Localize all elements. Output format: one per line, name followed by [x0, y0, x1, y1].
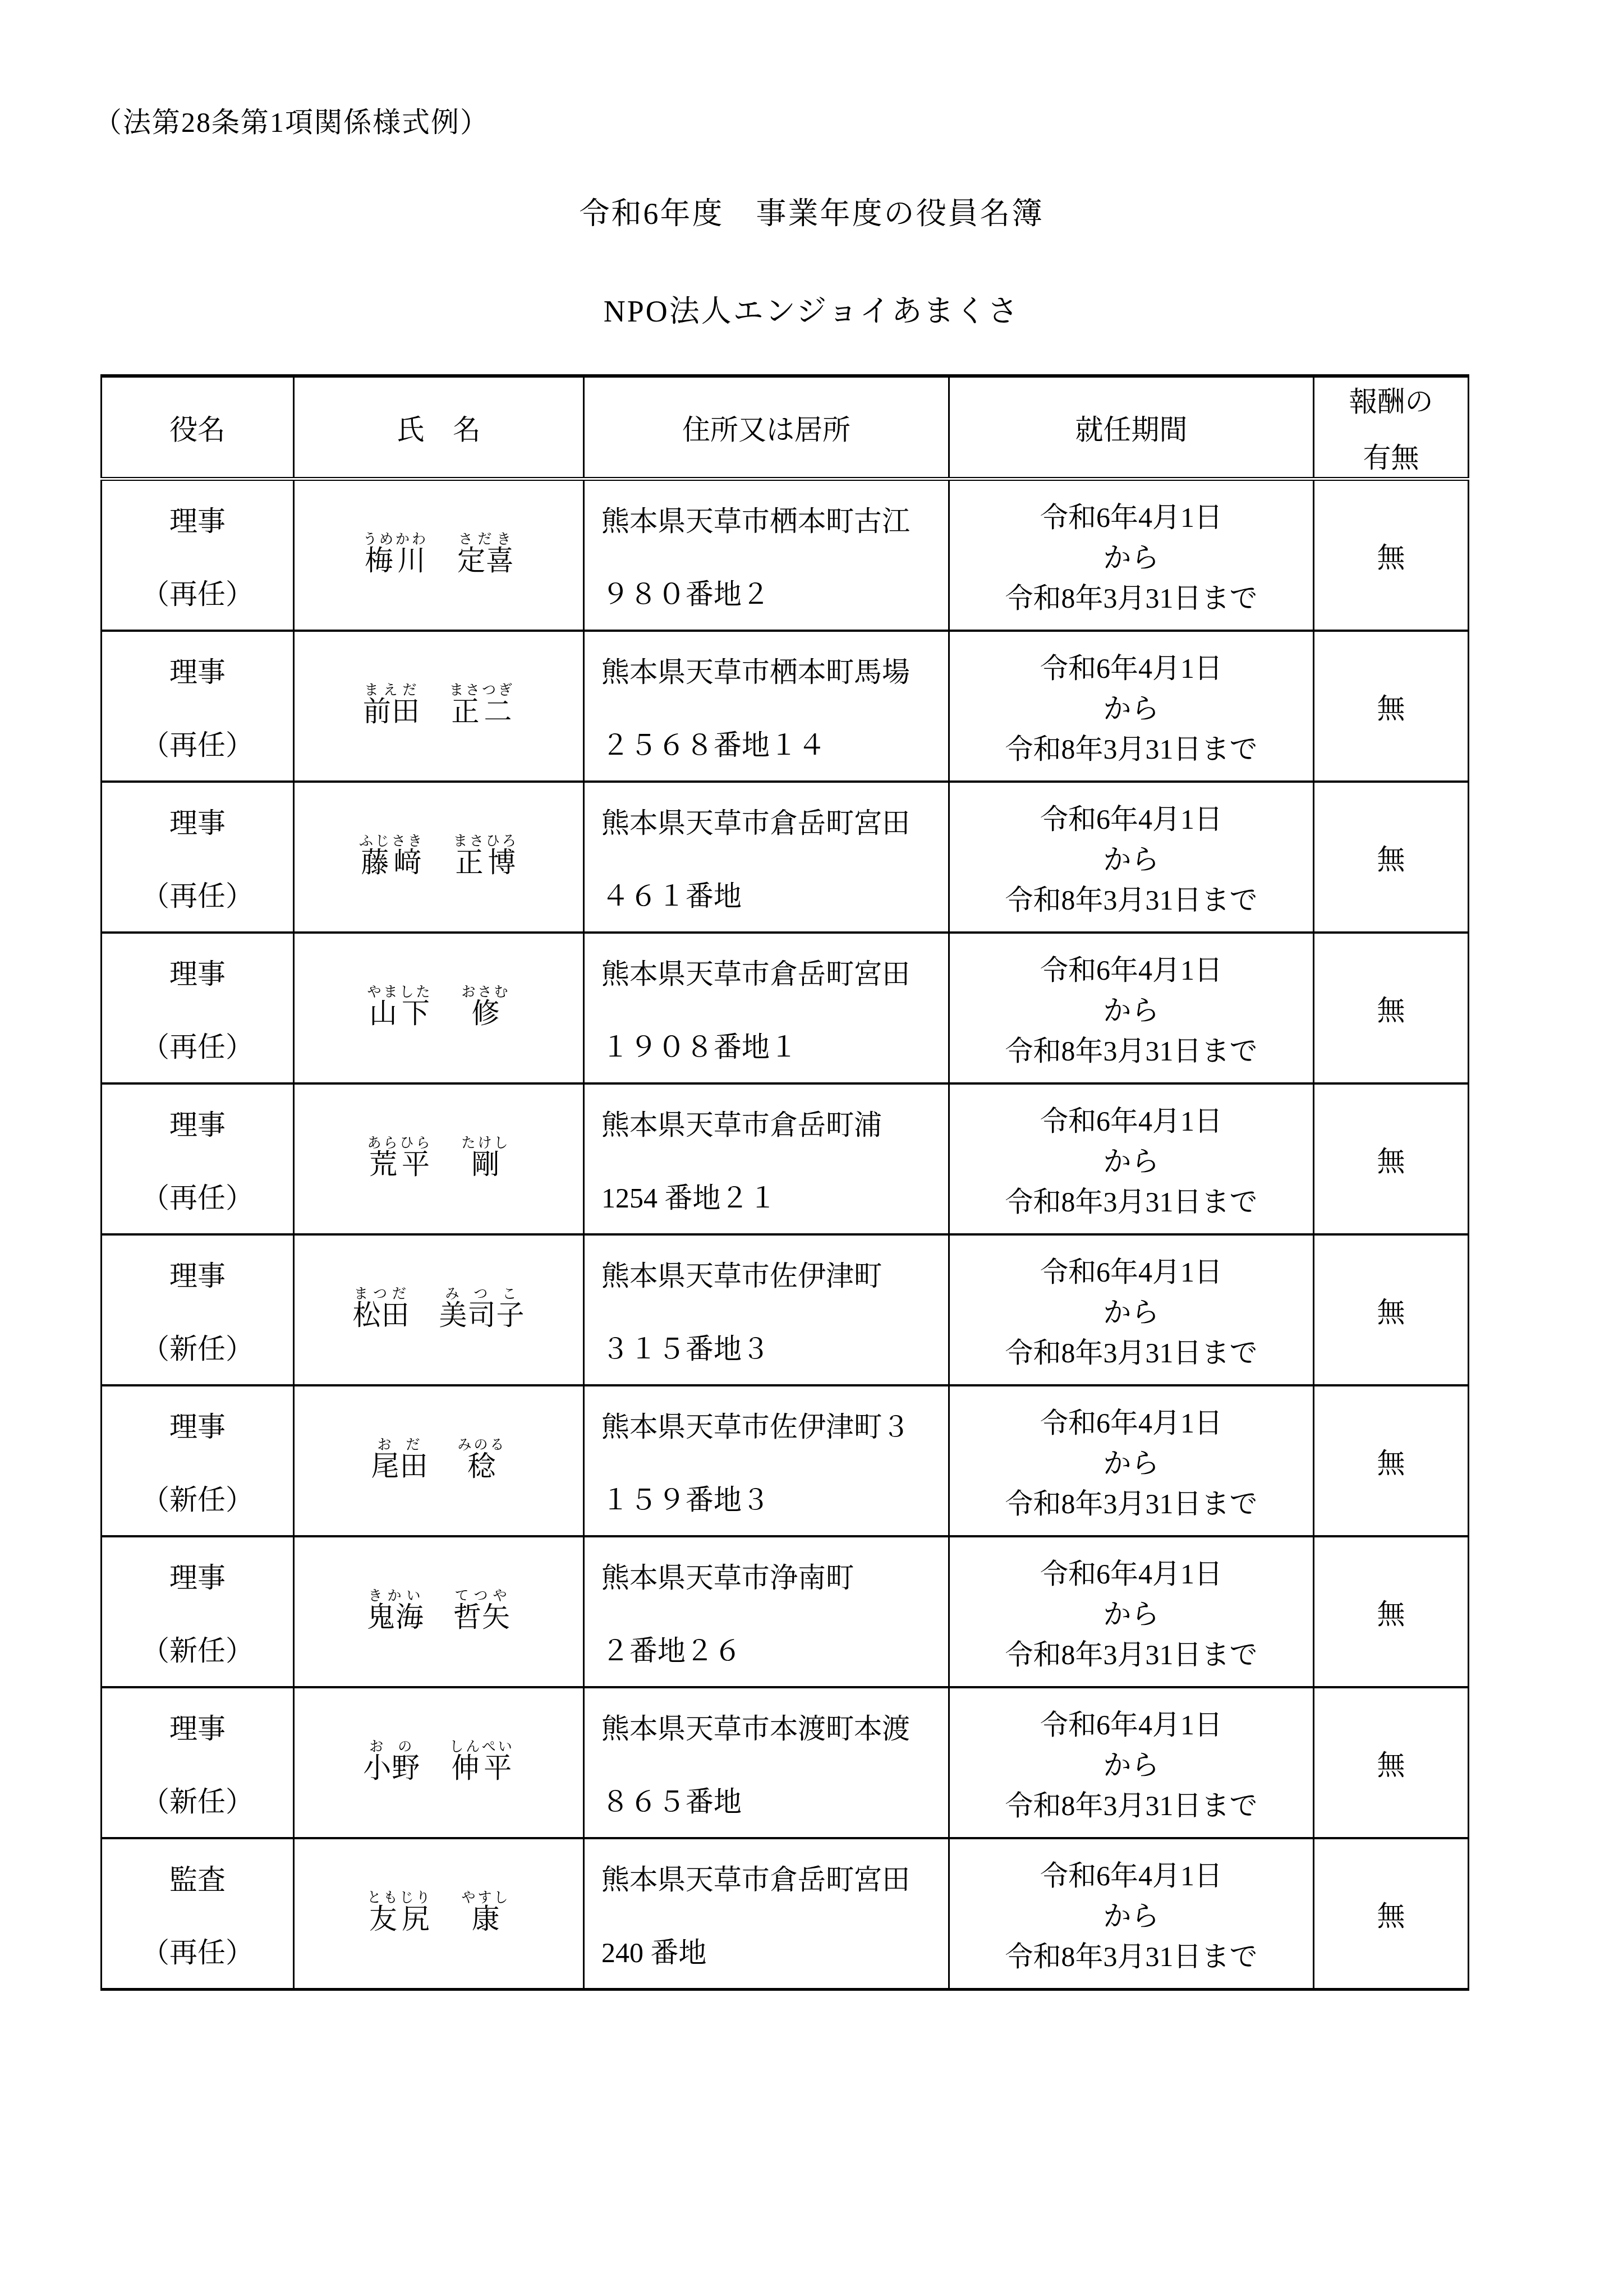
officer-period: 令和6年4月1日 から 令和8年3月31日まで: [950, 1839, 1313, 1988]
officer-role: 理事 （新任）: [102, 1555, 293, 1669]
address-line-1: 熊本県天草市倉岳町宮田: [601, 1857, 910, 1898]
period-from: 令和6年4月1日: [1040, 1099, 1222, 1139]
role-title: 理事: [169, 499, 226, 539]
period-to: 令和8年3月31日まで: [1005, 1632, 1258, 1673]
officer-role: 理事 （再任）: [102, 499, 293, 612]
table-row: 理事 （新任） 小野おの伸平しんぺい 熊本県天草市本渡町本渡 ８６５番地 令和6…: [102, 1687, 1469, 1838]
officer-address: 熊本県天草市倉岳町宮田 240 番地: [585, 1857, 948, 1971]
header-name: 氏 名: [294, 376, 584, 479]
role-title: 理事: [169, 1555, 226, 1596]
period-from: 令和6年4月1日: [1040, 1250, 1222, 1290]
name-part: 梅川うめかわ: [363, 545, 428, 576]
role-title: 理事: [169, 1404, 226, 1445]
table-row: 理事 （新任） 鬼海きかい哲矢てつや 熊本県天草市浄南町 ２番地２６ 令和6年4…: [102, 1536, 1469, 1687]
name-part: 前田まえだ: [363, 696, 420, 727]
officer-address: 熊本県天草市浄南町 ２番地２６: [585, 1555, 948, 1669]
address-cell: 熊本県天草市栖本町馬場 ２５６８番地１４: [584, 631, 949, 782]
period-cell: 令和6年4月1日 から 令和8年3月31日まで: [949, 1385, 1314, 1536]
address-cell: 熊本県天草市栖本町古江 ９８０番地２: [584, 479, 949, 631]
form-reference-note: （法第28条第1項関係様式例）: [94, 100, 489, 140]
role-title: 理事: [169, 801, 226, 841]
role-status: （再任）: [141, 1930, 254, 1971]
period-from: 令和6年4月1日: [1040, 646, 1222, 686]
role-status: （再任）: [141, 1175, 254, 1216]
period-connector: から: [1104, 837, 1160, 878]
period-from: 令和6年4月1日: [1040, 1400, 1222, 1441]
officer-period: 令和6年4月1日 から 令和8年3月31日まで: [950, 783, 1313, 931]
period-cell: 令和6年4月1日 から 令和8年3月31日まで: [949, 1838, 1314, 1990]
officer-address: 熊本県天草市倉岳町浦 1254 番地２１: [585, 1103, 948, 1216]
table-row: 理事 （再任） 荒平あらひら剛たけし 熊本県天草市倉岳町浦 1254 番地２１ …: [102, 1083, 1469, 1234]
officer-name: 荒平あらひら剛たけし: [295, 1136, 583, 1182]
address-cell: 熊本県天草市倉岳町宮田 240 番地: [584, 1838, 949, 1990]
compensation-cell: 無: [1314, 1234, 1469, 1385]
role-title: 監査: [169, 1857, 226, 1898]
role-cell: 監査 （再任）: [102, 1838, 294, 1990]
address-line-2: ３１５番地３: [601, 1326, 770, 1367]
name-cell: 鬼海きかい哲矢てつや: [294, 1536, 584, 1687]
officer-name: 小野おの伸平しんぺい: [295, 1739, 583, 1786]
officer-name: 藤﨑ふじさき正博まさひろ: [295, 834, 583, 880]
name-cell: 尾田おだ稔みのる: [294, 1385, 584, 1536]
table-row: 理事 （新任） 尾田おだ稔みのる 熊本県天草市佐伊津町３ １５９番地３ 令和6年…: [102, 1385, 1469, 1536]
officer-role: 監査 （再任）: [102, 1857, 293, 1971]
table-row: 理事 （再任） 梅川うめかわ定喜さだき 熊本県天草市栖本町古江 ９８０番地２ 令…: [102, 479, 1469, 631]
officer-name: 前田まえだ正二まさつぎ: [295, 683, 583, 729]
name-cell: 小野おの伸平しんぺい: [294, 1687, 584, 1838]
officer-name: 尾田おだ稔みのる: [295, 1438, 583, 1484]
period-connector: から: [1104, 1139, 1160, 1179]
role-status: （新任）: [141, 1326, 254, 1367]
period-cell: 令和6年4月1日 から 令和8年3月31日まで: [949, 933, 1314, 1083]
period-cell: 令和6年4月1日 から 令和8年3月31日まで: [949, 1687, 1314, 1838]
address-line-2: ２番地２６: [601, 1628, 742, 1669]
officer-name: 松田まつだ美司子みつこ: [295, 1287, 583, 1333]
officer-period: 令和6年4月1日 から 令和8年3月31日まで: [950, 1236, 1313, 1384]
period-cell: 令和6年4月1日 から 令和8年3月31日まで: [949, 479, 1314, 631]
period-to: 令和8年3月31日まで: [1005, 878, 1258, 918]
officer-period: 令和6年4月1日 から 令和8年3月31日まで: [950, 632, 1313, 780]
name-part: 定喜さだき: [457, 545, 514, 576]
document-page: （法第28条第1項関係様式例） 令和6年度 事業年度の役員名簿 NPO法人エンジ…: [0, 0, 1623, 2296]
address-line-2: 1254 番地２１: [601, 1175, 777, 1216]
address-line-1: 熊本県天草市本渡町本渡: [601, 1706, 910, 1747]
period-from: 令和6年4月1日: [1040, 797, 1222, 837]
officer-period: 令和6年4月1日 から 令和8年3月31日まで: [950, 1537, 1313, 1686]
period-connector: から: [1104, 1441, 1160, 1481]
officer-role: 理事 （再任）: [102, 801, 293, 914]
officer-name: 友尻ともじり康やすし: [295, 1890, 583, 1937]
name-cell: 前田まえだ正二まさつぎ: [294, 631, 584, 782]
address-line-2: ８６５番地: [601, 1779, 742, 1820]
address-line-2: ９８０番地２: [601, 572, 770, 612]
organization-name: NPO法人エンジョイあまくさ: [0, 287, 1623, 330]
period-from: 令和6年4月1日: [1040, 495, 1222, 535]
name-cell: 梅川うめかわ定喜さだき: [294, 479, 584, 631]
compensation-cell: 無: [1314, 933, 1469, 1083]
address-cell: 熊本県天草市倉岳町浦 1254 番地２１: [584, 1083, 949, 1234]
role-cell: 理事 （再任）: [102, 933, 294, 1083]
name-cell: 山下やました修おさむ: [294, 933, 584, 1083]
role-status: （再任）: [141, 572, 254, 612]
page-title: 令和6年度 事業年度の役員名簿: [0, 190, 1623, 233]
address-cell: 熊本県天草市佐伊津町 ３１５番地３: [584, 1234, 949, 1385]
period-connector: から: [1104, 535, 1160, 576]
role-status: （新任）: [141, 1477, 254, 1518]
period-connector: から: [1104, 1894, 1160, 1934]
name-part: 伸平しんぺい: [449, 1752, 514, 1784]
address-line-1: 熊本県天草市倉岳町浦: [601, 1103, 882, 1143]
period-connector: から: [1104, 686, 1160, 727]
header-compensation-line-2: 有無: [1363, 435, 1419, 476]
officer-role: 理事 （再任）: [102, 1103, 293, 1216]
role-cell: 理事 （再任）: [102, 631, 294, 782]
table-row: 監査 （再任） 友尻ともじり康やすし 熊本県天草市倉岳町宮田 240 番地 令和…: [102, 1838, 1469, 1990]
period-to: 令和8年3月31日まで: [1005, 1934, 1258, 1974]
name-part: 松田まつだ: [353, 1299, 410, 1331]
name-part: 剛たけし: [462, 1149, 511, 1180]
header-compensation-line-1: 報酬の: [1349, 379, 1433, 420]
table-row: 理事 （再任） 山下やました修おさむ 熊本県天草市倉岳町宮田 １９０８番地１ 令…: [102, 933, 1469, 1083]
officer-role: 理事 （再任）: [102, 650, 293, 763]
name-part: 稔みのる: [457, 1450, 506, 1482]
role-title: 理事: [169, 1706, 226, 1747]
officer-role: 理事 （再任）: [102, 952, 293, 1065]
name-part: 美司子みつこ: [439, 1299, 525, 1331]
role-status: （新任）: [141, 1779, 254, 1820]
period-cell: 令和6年4月1日 から 令和8年3月31日まで: [949, 1536, 1314, 1687]
officer-address: 熊本県天草市本渡町本渡 ８６５番地: [585, 1706, 948, 1820]
officer-name: 梅川うめかわ定喜さだき: [295, 532, 583, 578]
header-address: 住所又は居所: [584, 376, 949, 479]
period-from: 令和6年4月1日: [1040, 1853, 1222, 1894]
address-line-1: 熊本県天草市倉岳町宮田: [601, 801, 910, 841]
address-line-2: １５９番地３: [601, 1477, 770, 1518]
period-connector: から: [1104, 1743, 1160, 1783]
compensation-cell: 無: [1314, 1083, 1469, 1234]
officer-role: 理事 （新任）: [102, 1706, 293, 1820]
period-to: 令和8年3月31日まで: [1005, 1481, 1258, 1522]
compensation-cell: 無: [1314, 782, 1469, 933]
officer-period: 令和6年4月1日 から 令和8年3月31日まで: [950, 934, 1313, 1082]
role-status: （再任）: [141, 874, 254, 914]
period-to: 令和8年3月31日まで: [1005, 727, 1258, 767]
address-cell: 熊本県天草市本渡町本渡 ８６５番地: [584, 1687, 949, 1838]
officer-period: 令和6年4月1日 から 令和8年3月31日まで: [950, 1386, 1313, 1535]
compensation-cell: 無: [1314, 1536, 1469, 1687]
header-compensation-lines: 報酬の 有無: [1314, 379, 1468, 476]
period-cell: 令和6年4月1日 から 令和8年3月31日まで: [949, 1083, 1314, 1234]
header-period: 就任期間: [949, 376, 1314, 479]
officer-address: 熊本県天草市倉岳町宮田 ４６１番地: [585, 801, 948, 914]
officer-address: 熊本県天草市栖本町古江 ９８０番地２: [585, 499, 948, 612]
officer-role: 理事 （新任）: [102, 1404, 293, 1518]
address-cell: 熊本県天草市佐伊津町３ １５９番地３: [584, 1385, 949, 1536]
table-row: 理事 （再任） 藤﨑ふじさき正博まさひろ 熊本県天草市倉岳町宮田 ４６１番地 令…: [102, 782, 1469, 933]
name-part: 尾田おだ: [371, 1450, 428, 1482]
role-cell: 理事 （再任）: [102, 479, 294, 631]
compensation-cell: 無: [1314, 1385, 1469, 1536]
role-cell: 理事 （再任）: [102, 1083, 294, 1234]
name-part: 鬼海きかい: [367, 1601, 424, 1633]
role-title: 理事: [169, 952, 226, 992]
period-to: 令和8年3月31日まで: [1005, 1028, 1258, 1069]
period-cell: 令和6年4月1日 から 令和8年3月31日まで: [949, 782, 1314, 933]
name-part: 山下やました: [367, 998, 432, 1029]
address-line-2: １９０８番地１: [601, 1025, 798, 1065]
name-cell: 友尻ともじり康やすし: [294, 1838, 584, 1990]
address-line-1: 熊本県天草市栖本町馬場: [601, 650, 910, 690]
compensation-cell: 無: [1314, 1838, 1469, 1990]
period-from: 令和6年4月1日: [1040, 1551, 1222, 1592]
officer-period: 令和6年4月1日 から 令和8年3月31日まで: [950, 1688, 1313, 1837]
officer-address: 熊本県天草市佐伊津町３ １５９番地３: [585, 1404, 948, 1518]
officer-role: 理事 （新任）: [102, 1253, 293, 1367]
name-cell: 荒平あらひら剛たけし: [294, 1083, 584, 1234]
address-line-1: 熊本県天草市佐伊津町３: [601, 1404, 910, 1445]
officer-address: 熊本県天草市倉岳町宮田 １９０８番地１: [585, 952, 948, 1065]
compensation-cell: 無: [1314, 479, 1469, 631]
period-connector: から: [1104, 1290, 1160, 1330]
name-part: 藤﨑ふじさき: [359, 847, 424, 878]
officer-roster-table: 役名 氏 名 住所又は居所 就任期間 報酬の 有無 理事 （再任） 梅川うめかわ…: [100, 374, 1469, 1991]
period-to: 令和8年3月31日まで: [1005, 1330, 1258, 1371]
period-from: 令和6年4月1日: [1040, 948, 1222, 988]
address-cell: 熊本県天草市倉岳町宮田 ４６１番地: [584, 782, 949, 933]
role-status: （再任）: [141, 1025, 254, 1065]
name-part: 康やすし: [462, 1903, 511, 1935]
period-connector: から: [1104, 988, 1160, 1028]
address-line-1: 熊本県天草市栖本町古江: [601, 499, 910, 539]
name-part: 正博まさひろ: [453, 847, 518, 878]
officer-period: 令和6年4月1日 から 令和8年3月31日まで: [950, 1085, 1313, 1233]
role-status: （新任）: [141, 1628, 254, 1669]
officer-period: 令和6年4月1日 から 令和8年3月31日まで: [950, 481, 1313, 630]
name-part: 友尻ともじり: [367, 1903, 432, 1935]
name-part: 正二まさつぎ: [449, 696, 514, 727]
table-row: 理事 （新任） 松田まつだ美司子みつこ 熊本県天草市佐伊津町 ３１５番地３ 令和…: [102, 1234, 1469, 1385]
period-connector: から: [1104, 1592, 1160, 1632]
period-cell: 令和6年4月1日 から 令和8年3月31日まで: [949, 1234, 1314, 1385]
role-title: 理事: [169, 650, 226, 690]
name-part: 修おさむ: [462, 998, 511, 1029]
name-part: 小野おの: [363, 1752, 420, 1784]
officer-address: 熊本県天草市佐伊津町 ３１５番地３: [585, 1253, 948, 1367]
header-compensation: 報酬の 有無: [1314, 376, 1469, 479]
address-line-1: 熊本県天草市倉岳町宮田: [601, 952, 910, 992]
officer-name: 鬼海きかい哲矢てつや: [295, 1588, 583, 1635]
table-row: 理事 （再任） 前田まえだ正二まさつぎ 熊本県天草市栖本町馬場 ２５６８番地１４…: [102, 631, 1469, 782]
name-part: 荒平あらひら: [367, 1149, 432, 1180]
period-to: 令和8年3月31日まで: [1005, 1783, 1258, 1824]
address-line-2: 240 番地: [601, 1930, 707, 1971]
period-to: 令和8年3月31日まで: [1005, 576, 1258, 616]
role-cell: 理事 （再任）: [102, 782, 294, 933]
role-cell: 理事 （新任）: [102, 1385, 294, 1536]
role-title: 理事: [169, 1253, 226, 1294]
address-cell: 熊本県天草市浄南町 ２番地２６: [584, 1536, 949, 1687]
name-cell: 松田まつだ美司子みつこ: [294, 1234, 584, 1385]
role-status: （再任）: [141, 723, 254, 763]
name-cell: 藤﨑ふじさき正博まさひろ: [294, 782, 584, 933]
period-cell: 令和6年4月1日 から 令和8年3月31日まで: [949, 631, 1314, 782]
name-part: 哲矢てつや: [453, 1601, 511, 1633]
role-cell: 理事 （新任）: [102, 1234, 294, 1385]
header-role: 役名: [102, 376, 294, 479]
address-line-1: 熊本県天草市佐伊津町: [601, 1253, 882, 1294]
address-line-2: ４６１番地: [601, 874, 742, 914]
role-cell: 理事 （新任）: [102, 1687, 294, 1838]
table-header-row: 役名 氏 名 住所又は居所 就任期間 報酬の 有無: [102, 376, 1469, 479]
role-title: 理事: [169, 1103, 226, 1143]
period-to: 令和8年3月31日まで: [1005, 1179, 1258, 1220]
compensation-cell: 無: [1314, 1687, 1469, 1838]
officer-name: 山下やました修おさむ: [295, 985, 583, 1031]
address-cell: 熊本県天草市倉岳町宮田 １９０８番地１: [584, 933, 949, 1083]
address-line-2: ２５６８番地１４: [601, 723, 826, 763]
role-cell: 理事 （新任）: [102, 1536, 294, 1687]
period-from: 令和6年4月1日: [1040, 1702, 1222, 1743]
compensation-cell: 無: [1314, 631, 1469, 782]
officer-address: 熊本県天草市栖本町馬場 ２５６８番地１４: [585, 650, 948, 763]
officer-rows: 理事 （再任） 梅川うめかわ定喜さだき 熊本県天草市栖本町古江 ９８０番地２ 令…: [102, 479, 1469, 1990]
address-line-1: 熊本県天草市浄南町: [601, 1555, 854, 1596]
